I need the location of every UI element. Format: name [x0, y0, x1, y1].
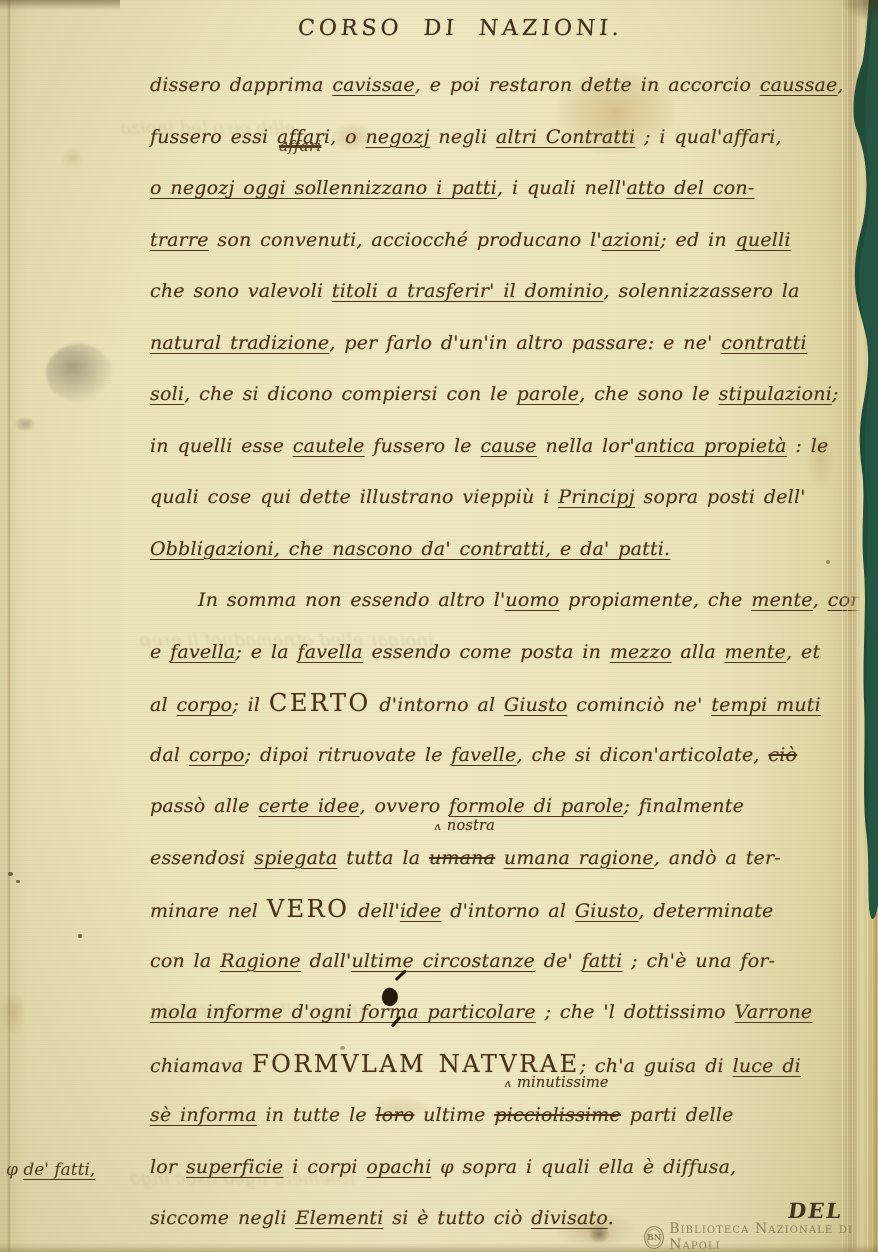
text-segment: dissero dapprima	[150, 74, 332, 96]
text-segment: azioni	[602, 229, 660, 251]
text-segment: essendosi	[150, 847, 254, 869]
text-segment: CERTO	[269, 689, 371, 717]
manuscript-line: dissero dapprima cavissae, e poi restaro…	[150, 60, 850, 112]
text-segment: nella lor'	[537, 435, 635, 457]
text-segment: spiegata	[254, 847, 337, 869]
text-segment: ciò	[768, 744, 797, 766]
text-segment: quali cose qui dette illustrano vieppiù …	[150, 486, 558, 508]
manuscript-line: al corpo; il CERTO d'intorno al Giusto c…	[150, 678, 850, 730]
text-segment: in tutte le	[257, 1104, 376, 1126]
text-segment: sopra posti dell'	[635, 486, 806, 508]
text-segment: fatti	[582, 950, 623, 972]
text-segment: idee	[400, 900, 442, 922]
text-segment: son convenuti, acciocché producano l'	[209, 229, 602, 251]
text-segment: i corpi	[284, 1156, 367, 1178]
text-segment: trarre	[150, 229, 209, 251]
text-segment: siccome negli	[150, 1207, 296, 1229]
text-segment: in quelli esse	[150, 435, 293, 457]
text-segment: d'intorno al	[442, 900, 575, 922]
manuscript-line: mola informe d'ogni forma particolare ; …	[150, 987, 850, 1039]
stain-blob	[60, 148, 86, 168]
text-segment: Principj	[558, 486, 635, 508]
manuscript-line: soli, che si dicono compiersi con le par…	[150, 369, 850, 421]
text-segment: tempi muti	[711, 694, 821, 716]
text-segment: favella	[170, 641, 235, 663]
text-segment: minare nel	[150, 900, 267, 922]
text-segment: uomo	[505, 589, 559, 611]
text-segment: propiamente, che	[559, 589, 751, 611]
text-segment: umana ragione	[504, 847, 654, 869]
page-crease	[7, 0, 11, 1252]
inserted-word: minutissime	[504, 1076, 608, 1091]
text-segment: o negozj oggi sollennizzano i patti	[150, 177, 497, 199]
text-segment: luce di	[733, 1055, 801, 1077]
text-segment: VERO	[267, 895, 350, 923]
text-segment: essendo come posta in	[363, 641, 610, 663]
manuscript-line: minare nel VERO dell'idee d'intorno al G…	[150, 884, 850, 936]
text-segment: alla	[672, 641, 725, 663]
manuscript-line: quali cose qui dette illustrano vieppiù …	[150, 472, 850, 524]
page-shadow	[838, 0, 878, 22]
text-segment: , che sono le	[579, 383, 718, 405]
text-segment: stipulazioni	[719, 383, 833, 405]
manuscript-line: con la Ragione dall'ultime circostanze d…	[150, 936, 850, 988]
text-segment: cominciò ne'	[568, 694, 712, 716]
manuscript-line: chiamava FORMVLAM NATVRAE; ch'a guisa di…	[150, 1039, 850, 1091]
text-segment: FORMVLAM NATVRAE	[252, 1050, 580, 1078]
text-segment: sè informa	[150, 1104, 257, 1126]
text-segment: atto del con-	[627, 177, 755, 199]
text-segment: In somma non essendo altro l'	[198, 589, 505, 611]
text-segment: mezzo	[610, 641, 672, 663]
text-segment: , per farlo d'un'in altro passare: e ne'	[329, 332, 721, 354]
text-segment: formole di parole	[449, 795, 623, 817]
text-segment: , che si dicon'articolate,	[517, 744, 769, 766]
manuscript-line: sè informa in tutte le loro ultime picci…	[150, 1090, 850, 1142]
manuscript-line: lor superficie i corpi opachi φ sopra i …	[150, 1142, 850, 1194]
manuscript-line: trarre son convenuti, acciocché producan…	[150, 215, 850, 267]
text-segment: soli	[150, 383, 184, 405]
text-segment: parole	[517, 383, 580, 405]
library-logo-icon: BN	[644, 1226, 664, 1249]
text-segment: e	[150, 641, 170, 663]
text-segment: mola informe d'ogni forma particolare	[150, 1001, 536, 1023]
watermark-text: Biblioteca Nazionale di Napoli	[669, 1221, 878, 1252]
manuscript-line: e favella; e la favella essendo come pos…	[150, 627, 850, 679]
fox-spot	[78, 934, 82, 938]
text-segment: natural tradizione	[150, 332, 329, 354]
margin-note-text: de' fatti,	[23, 1160, 95, 1180]
text-segment: ; ed in	[660, 229, 735, 251]
text-segment: : le	[787, 435, 829, 457]
text-segment: lor	[150, 1156, 186, 1178]
text-segment: , o	[330, 126, 365, 148]
text-segment: , determinate	[638, 900, 773, 922]
text-segment: Giusto	[504, 694, 568, 716]
page-shadow	[0, 0, 120, 10]
text-segment: cause	[481, 435, 537, 457]
text-segment: mente	[725, 641, 786, 663]
text-segment: Elementi	[296, 1207, 384, 1229]
text-segment: ; ch'a guisa di	[580, 1055, 733, 1077]
text-segment: fussero essi	[150, 126, 277, 148]
ink-smudge	[46, 344, 112, 402]
text-segment: antica propietà	[635, 435, 787, 457]
page-title: CORSO DI NAZIONI.	[297, 16, 624, 41]
text-segment: , e poi restaron dette in accorcio	[415, 74, 760, 96]
manuscript-line: passò alle certe idee, ovvero formole di…	[150, 781, 850, 833]
watermark: BN Biblioteca Nazionale di Napoli	[644, 1221, 878, 1252]
text-segment: mente	[751, 589, 812, 611]
text-segment: cautele	[293, 435, 365, 457]
margin-note-symbol: φ	[6, 1160, 18, 1180]
text-segment: Obbligazioni, che nascono da' contratti,…	[150, 538, 670, 560]
text-segment: Varrone	[735, 1001, 813, 1023]
text-segment: dell'	[349, 900, 400, 922]
text-segment: Giusto	[575, 900, 639, 922]
text-segment: , andò a ter-	[654, 847, 781, 869]
manuscript-lines: dissero dapprima cavissae, e poi restaro…	[150, 60, 850, 1245]
text-segment	[495, 847, 504, 869]
text-segment: si è tutto ciò	[384, 1207, 532, 1229]
text-segment: affariaffari	[277, 112, 330, 164]
text-segment: ; ch'è una for-	[622, 950, 775, 972]
text-segment: ultime circostanze	[351, 950, 535, 972]
text-segment: ,	[813, 589, 828, 611]
manuscript-line: fussero essi affariaffari, o negozj negl…	[150, 112, 850, 164]
text-segment: d'intorno al	[371, 694, 504, 716]
text-segment: parti delle	[621, 1104, 734, 1126]
text-segment: , che si dicono compiersi con le	[184, 383, 517, 405]
text-segment: certe idee	[258, 795, 359, 817]
text-segment: al	[150, 694, 177, 716]
text-segment: negozj	[366, 126, 430, 148]
struck-word: affari	[279, 139, 321, 153]
text-segment: titoli a trasferir' il dominio	[332, 280, 604, 302]
text-segment: cavissae	[332, 74, 414, 96]
text-segment: φ sopra i quali ella è diffusa,	[432, 1156, 737, 1178]
text-segment: favella	[298, 641, 363, 663]
fox-spot	[16, 880, 20, 883]
text-segment: chiamava	[150, 1055, 252, 1077]
text-segment: , ovvero	[360, 795, 450, 817]
text-segment: Ragione	[220, 950, 301, 972]
text-segment: umananostra	[429, 833, 495, 885]
text-segment: quelli	[736, 229, 791, 251]
text-segment: , i quali nell'	[497, 177, 626, 199]
text-segment: negli	[430, 126, 496, 148]
green-ribbon	[842, 0, 878, 1252]
text-segment: con la	[150, 950, 220, 972]
text-segment: fussero le	[365, 435, 481, 457]
text-segment: caussae	[760, 74, 838, 96]
text-segment: favelle	[451, 744, 516, 766]
manuscript-line: In somma non essendo altro l'uomo propia…	[150, 575, 850, 627]
text-segment: corpo	[177, 694, 233, 716]
text-segment: ; dipoi ritruovate le	[245, 744, 452, 766]
text-segment: contratti	[721, 332, 807, 354]
text-segment: che sono valevoli	[150, 280, 332, 302]
stain-blob	[0, 990, 26, 1036]
manuscript-line: dal corpo; dipoi ritruovate le favelle, …	[150, 730, 850, 782]
text-segment: ; i qual'affari,	[635, 126, 781, 148]
catchword: DEL	[786, 1198, 844, 1223]
manuscript-line: natural tradizione, per farlo d'un'in al…	[150, 318, 850, 370]
margin-note: φ de' fatti,	[6, 1160, 95, 1180]
text-segment: divisato	[531, 1207, 607, 1229]
text-segment: ultime	[414, 1104, 494, 1126]
text-segment: superficie	[186, 1156, 284, 1178]
manuscript-line: o negozj oggi sollennizzano i patti, i q…	[150, 163, 850, 215]
text-segment: picciolissimeminutissime	[494, 1090, 621, 1142]
text-segment: ; che 'l dottissimo	[536, 1001, 735, 1023]
text-segment: , solennizzassero la	[604, 280, 800, 302]
manuscript-line: essendosi spiegata tutta la umananostra …	[150, 833, 850, 885]
text-segment: ; il	[232, 694, 269, 716]
text-segment: ; e la	[235, 641, 297, 663]
text-segment: tutta la	[338, 847, 430, 869]
manuscript-line: che sono valevoli titoli a trasferir' il…	[150, 266, 850, 318]
text-segment: , et	[786, 641, 820, 663]
text-segment: de'	[535, 950, 582, 972]
ink-smudge	[14, 416, 36, 432]
text-segment: altri Contratti	[496, 126, 635, 148]
text-segment: dal	[150, 744, 189, 766]
manuscript-page: ellib oirp led inoiza inoigar elled otne…	[0, 0, 878, 1252]
text-segment: ; finalmente	[624, 795, 744, 817]
manuscript-line: Obbligazioni, che nascono da' contratti,…	[150, 524, 850, 576]
text-segment: dall'	[301, 950, 352, 972]
text-segment: opachi	[366, 1156, 431, 1178]
text-segment: ;	[832, 383, 839, 405]
inserted-word: nostra	[434, 819, 495, 834]
text-segment: corpo	[189, 744, 245, 766]
text-segment: .	[608, 1207, 614, 1229]
manuscript-line: in quelli esse cautele fussero le cause …	[150, 421, 850, 473]
text-segment: passò alle	[150, 795, 258, 817]
text-segment: loro	[376, 1104, 415, 1126]
